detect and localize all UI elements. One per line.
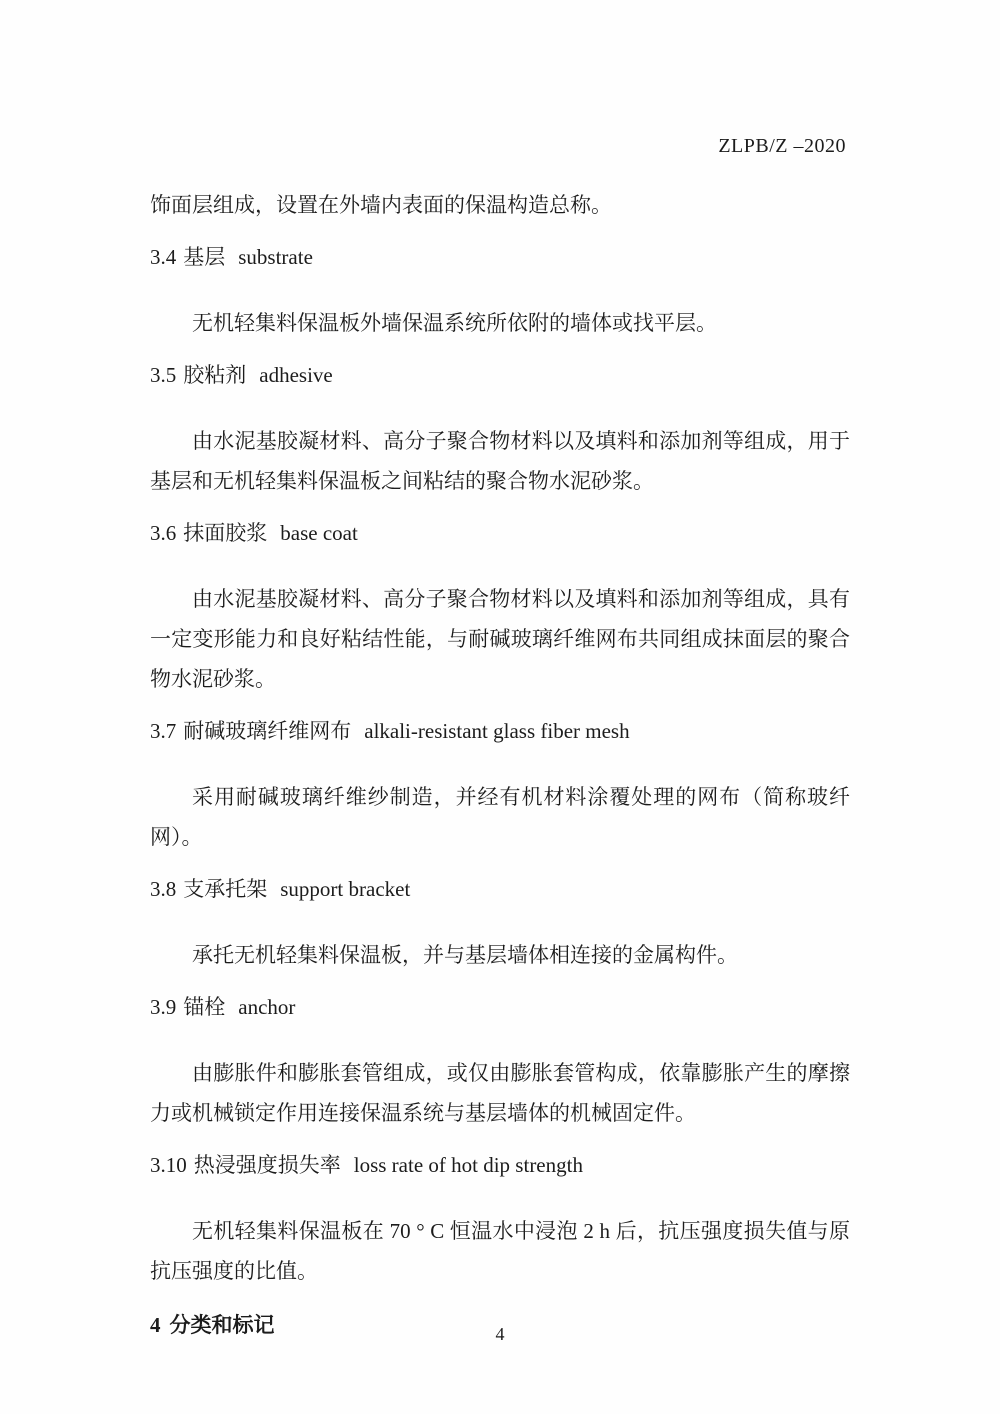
term-section: 3.4基层substrate 无机轻集料保温板外墙保温系统所依附的墙体或找平层。	[150, 237, 850, 343]
term-title-zh: 基层	[183, 245, 225, 269]
term-heading: 3.7耐碱玻璃纤维网布alkali-resistant glass fiber …	[150, 711, 850, 751]
term-title-en: anchor	[238, 995, 295, 1019]
term-heading: 3.5胶粘剂adhesive	[150, 355, 850, 395]
term-number: 3.10	[150, 1153, 187, 1177]
term-number: 3.9	[150, 995, 176, 1019]
continuation-paragraph: 饰面层组成，设置在外墙内表面的保温构造总称。	[150, 185, 850, 225]
term-title-zh: 锚栓	[183, 995, 225, 1019]
term-title-zh: 抹面胶浆	[183, 521, 267, 545]
document-page: ZLPB/Z –2020 饰面层组成，设置在外墙内表面的保温构造总称。 3.4基…	[0, 0, 1000, 1414]
term-definition: 承托无机轻集料保温板，并与基层墙体相连接的金属构件。	[150, 935, 850, 975]
term-definition: 由水泥基胶凝材料、高分子聚合物材料以及填料和添加剂等组成，用于基层和无机轻集料保…	[150, 421, 850, 501]
term-title-zh: 热浸强度损失率	[194, 1153, 341, 1177]
term-title-en: adhesive	[259, 363, 332, 387]
term-section: 3.8支承托架support bracket 承托无机轻集料保温板，并与基层墙体…	[150, 869, 850, 975]
term-number: 3.6	[150, 521, 176, 545]
term-section: 3.6抹面胶浆base coat 由水泥基胶凝材料、高分子聚合物材料以及填料和添…	[150, 513, 850, 699]
term-definition: 由水泥基胶凝材料、高分子聚合物材料以及填料和添加剂等组成，具有一定变形能力和良好…	[150, 579, 850, 699]
term-definition: 由膨胀件和膨胀套管组成，或仅由膨胀套管构成，依靠膨胀产生的摩擦力或机械锁定作用连…	[150, 1053, 850, 1133]
term-heading: 3.6抹面胶浆base coat	[150, 513, 850, 553]
term-number: 3.5	[150, 363, 176, 387]
term-section: 3.5胶粘剂adhesive 由水泥基胶凝材料、高分子聚合物材料以及填料和添加剂…	[150, 355, 850, 501]
term-definition: 无机轻集料保温板外墙保温系统所依附的墙体或找平层。	[150, 303, 850, 343]
term-section: 3.9锚栓anchor 由膨胀件和膨胀套管组成，或仅由膨胀套管构成，依靠膨胀产生…	[150, 987, 850, 1133]
term-title-zh: 支承托架	[183, 877, 267, 901]
term-title-zh: 胶粘剂	[183, 363, 246, 387]
term-title-en: base coat	[280, 521, 358, 545]
doc-code: ZLPB/Z –2020	[718, 135, 846, 157]
term-heading: 3.8支承托架support bracket	[150, 869, 850, 909]
page-header: ZLPB/Z –2020	[150, 133, 850, 159]
term-heading: 3.10热浸强度损失率loss rate of hot dip strength	[150, 1145, 850, 1185]
term-definition: 无机轻集料保温板在 70 ° C 恒温水中浸泡 2 h 后，抗压强度损失值与原抗…	[150, 1211, 850, 1291]
terms-list: 3.4基层substrate 无机轻集料保温板外墙保温系统所依附的墙体或找平层。…	[150, 237, 850, 1291]
term-section: 3.10热浸强度损失率loss rate of hot dip strength…	[150, 1145, 850, 1291]
term-title-en: loss rate of hot dip strength	[354, 1153, 583, 1177]
term-number: 3.4	[150, 245, 176, 269]
page-content: 饰面层组成，设置在外墙内表面的保温构造总称。 3.4基层substrate 无机…	[150, 185, 850, 1345]
term-definition: 采用耐碱玻璃纤维纱制造，并经有机材料涂覆处理的网布（简称玻纤网）。	[150, 777, 850, 857]
term-section: 3.7耐碱玻璃纤维网布alkali-resistant glass fiber …	[150, 711, 850, 857]
term-title-zh: 耐碱玻璃纤维网布	[183, 719, 351, 743]
term-title-en: substrate	[238, 245, 313, 269]
term-number: 3.7	[150, 719, 176, 743]
term-heading: 3.9锚栓anchor	[150, 987, 850, 1027]
term-heading: 3.4基层substrate	[150, 237, 850, 277]
page-number: 4	[496, 1324, 505, 1344]
term-title-en: alkali-resistant glass fiber mesh	[364, 719, 629, 743]
term-number: 3.8	[150, 877, 176, 901]
term-title-en: support bracket	[280, 877, 410, 901]
page-footer: 4	[0, 1322, 1000, 1346]
